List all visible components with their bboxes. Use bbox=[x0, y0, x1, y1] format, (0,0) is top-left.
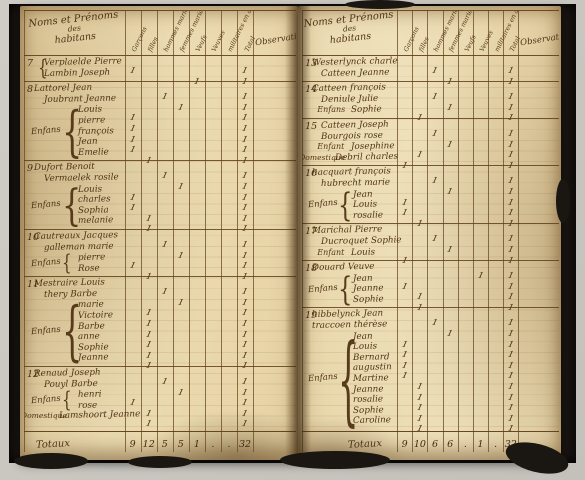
entry-number: 12 bbox=[27, 369, 39, 380]
entry-number: 9 bbox=[27, 163, 33, 174]
totals-value: 32 bbox=[239, 439, 251, 450]
names-cell: DomestiqueLamshoort Jeanne bbox=[24, 411, 125, 430]
person-name: Lamshoort Jeanne bbox=[59, 410, 140, 422]
person-name: Jean bbox=[353, 331, 373, 342]
line-label: Enfans bbox=[317, 105, 345, 116]
register-entry: 14Catteen françois11Deniule Julie11Enfan… bbox=[302, 81, 559, 118]
person-name: Jeanne bbox=[353, 284, 384, 295]
person-name: Lambin Joseph bbox=[44, 67, 110, 79]
tally-mark: 1 bbox=[416, 424, 424, 431]
totals-value: 5 bbox=[178, 439, 184, 450]
tally-cell bbox=[397, 416, 412, 431]
entry-number: 10 bbox=[27, 232, 39, 243]
entry-number: 7 bbox=[27, 58, 33, 69]
tally-cell bbox=[189, 411, 205, 430]
register-line: EnfantLouis11 bbox=[302, 248, 559, 259]
tally-cell bbox=[221, 411, 237, 430]
totals-cell: 6 bbox=[443, 432, 458, 452]
column-header: filles bbox=[146, 36, 160, 53]
person-name: Cautreaux Jacques bbox=[34, 230, 118, 242]
column-header: Veufs bbox=[194, 34, 209, 53]
person-name: pierre bbox=[78, 253, 105, 264]
line-label: Enfant bbox=[317, 248, 344, 259]
totals-cell: 5 bbox=[173, 432, 189, 452]
totals-cell: 9 bbox=[125, 432, 141, 452]
person-name: Louis bbox=[351, 247, 375, 258]
names-column-header: Noms et Prénomsdeshabitans bbox=[302, 10, 398, 49]
person-name: Joubrant Jeanne bbox=[44, 93, 116, 105]
person-name: Catteen Joseph bbox=[321, 120, 389, 132]
tally-cell bbox=[427, 416, 442, 431]
person-name: Louis bbox=[78, 184, 102, 195]
entry-number: 13 bbox=[305, 58, 317, 69]
person-name: Pouyl Barbe bbox=[44, 378, 98, 390]
person-name: Jean bbox=[353, 189, 373, 200]
register-line: Douard Veuve11 bbox=[302, 263, 559, 274]
torn-edge bbox=[14, 453, 88, 469]
register-line: Westerlynck charle11 bbox=[302, 58, 559, 69]
register-line: Mestraire Louis11 bbox=[24, 279, 296, 290]
totals-row: Totaux912551..32 bbox=[24, 431, 296, 452]
totals-value: 1 bbox=[477, 439, 483, 450]
person-name: Barbe bbox=[78, 321, 105, 332]
register-line: hacquart françois11 bbox=[302, 168, 559, 179]
register-entry: 15Catteen Joseph11Bourgois rose11EnfantJ… bbox=[302, 118, 559, 165]
table-header: Noms et PrénomsdeshabitansGarçonsfillesh… bbox=[302, 10, 559, 56]
totals-value: . bbox=[494, 439, 497, 450]
table-body: 7Verplaelde Pierre11Lambin Joseph11{8Lat… bbox=[24, 56, 296, 431]
totals-value: 9 bbox=[402, 439, 408, 450]
torn-edge bbox=[280, 451, 390, 469]
totals-label-cell: Totaux bbox=[24, 432, 125, 452]
person-name: Jeanne bbox=[78, 353, 109, 364]
person-name: Lattorel Jean bbox=[34, 83, 92, 95]
register-entry: 8Lattorel Jean11Joubrant Jeanne11Louis11… bbox=[24, 81, 296, 160]
register-entry: 11Mestraire Louis11thery Barbe11marie11V… bbox=[24, 276, 296, 366]
totals-cell: 12 bbox=[141, 432, 157, 452]
observations-header: Observations bbox=[520, 30, 559, 49]
totals-cell: 6 bbox=[427, 432, 442, 452]
person-name: Emelie bbox=[78, 147, 109, 158]
person-name: Douard Veuve bbox=[311, 262, 374, 274]
table-body: 13Westerlynck charle11Catteen Jeanne1114… bbox=[302, 56, 559, 431]
person-name: Louis bbox=[353, 342, 377, 353]
person-name: Caroline bbox=[353, 416, 391, 427]
register-line: Verplaelde Pierre11 bbox=[24, 58, 296, 69]
totals-value: 5 bbox=[162, 439, 168, 450]
register-page-left: Noms et PrénomsdeshabitansGarçonsfillesh… bbox=[20, 6, 298, 460]
observations-cell bbox=[253, 411, 296, 430]
tally-mark: 1 bbox=[145, 419, 153, 431]
observations-header: Observations bbox=[254, 30, 296, 49]
register-line: Catteen françois11 bbox=[302, 84, 559, 95]
totals-value: . bbox=[211, 439, 214, 450]
register-entry: 18Douard Veuve11Jean11Jeanne11Sophie11{E… bbox=[302, 260, 559, 307]
person-name: melanie bbox=[78, 216, 114, 227]
torn-edge bbox=[128, 456, 192, 468]
register-line: Dufort Benoit11 bbox=[24, 163, 296, 174]
totals-cell: 32 bbox=[237, 432, 253, 452]
register-table-left: Noms et PrénomsdeshabitansGarçonsfillesh… bbox=[24, 10, 296, 452]
totals-label: Totaux bbox=[347, 438, 382, 451]
register-line: Renaud Joseph11 bbox=[24, 369, 296, 380]
person-name: hubrecht marie bbox=[321, 177, 390, 189]
person-name: Renaud Joseph bbox=[34, 368, 101, 380]
totals-value: 1 bbox=[194, 439, 200, 450]
register-entry: 16hacquart françois11hubrecht marie11Jea… bbox=[302, 165, 559, 223]
tally-cell bbox=[473, 416, 488, 431]
register-line: DomestiqueLamshoort Jeanne11 bbox=[24, 411, 296, 422]
person-name: galleman marie bbox=[44, 241, 114, 253]
tally-cell bbox=[173, 411, 189, 430]
person-name: Louis bbox=[353, 200, 377, 211]
entry-number: 16 bbox=[305, 168, 317, 179]
person-name: Jean bbox=[78, 137, 98, 148]
tally-cell bbox=[205, 411, 221, 430]
totals-value: 12 bbox=[143, 439, 155, 450]
totals-value: 9 bbox=[130, 439, 136, 450]
entry-number: 14 bbox=[305, 84, 317, 95]
tally-cell bbox=[443, 416, 458, 431]
person-name: Rose bbox=[78, 263, 100, 274]
person-name: Sophie bbox=[353, 294, 384, 305]
totals-cell: . bbox=[221, 432, 237, 452]
register-line: galleman marie11 bbox=[24, 243, 296, 254]
entry-number: 18 bbox=[305, 263, 317, 274]
line-label: Enfant bbox=[317, 142, 344, 153]
register-table-right: Noms et PrénomsdeshabitansGarçonsfillesh… bbox=[302, 10, 559, 452]
totals-value: 6 bbox=[447, 439, 453, 450]
person-name: françois bbox=[78, 126, 114, 137]
entry-number: 11 bbox=[27, 279, 39, 290]
entry-number: 8 bbox=[27, 84, 33, 95]
scan-background: Noms et PrénomsdeshabitansGarçonsfillesh… bbox=[9, 4, 576, 463]
person-name: Vermaelek rosile bbox=[44, 172, 119, 184]
person-name: Catteen Jeanne bbox=[321, 67, 390, 79]
person-name: Sophie bbox=[351, 105, 382, 116]
column-header: filles bbox=[417, 36, 431, 53]
person-name: traccoen thérèse bbox=[311, 319, 387, 331]
entry-number: 15 bbox=[305, 121, 317, 132]
totals-cell: . bbox=[488, 432, 503, 452]
register-line: Lattorel Jean11 bbox=[24, 84, 296, 95]
table-header: Noms et PrénomsdeshabitansGarçonsfillesh… bbox=[24, 10, 296, 56]
torn-edge bbox=[556, 179, 570, 223]
names-column-header: Noms et Prénomsdeshabitans bbox=[24, 10, 126, 49]
register-entry: 10Cautreaux Jacques11galleman marie11pie… bbox=[24, 229, 296, 276]
register-page-right: Noms et PrénomsdeshabitansGarçonsfillesh… bbox=[298, 6, 561, 460]
totals-value: . bbox=[227, 439, 230, 450]
totals-label-cell: Totaux bbox=[302, 432, 397, 452]
person-name: Verplaelde Pierre bbox=[44, 56, 122, 68]
tally-mark: 1 bbox=[241, 419, 249, 431]
totals-value: . bbox=[464, 439, 467, 450]
person-name: Debril charles bbox=[335, 151, 398, 163]
totals-cell: 10 bbox=[412, 432, 427, 452]
children-label: Enfans bbox=[308, 282, 338, 295]
entry-number: 17 bbox=[305, 226, 317, 237]
totals-label: Totaux bbox=[36, 438, 71, 451]
totals-cell: 1 bbox=[473, 432, 488, 452]
totals-cell: . bbox=[205, 432, 221, 452]
register-line: EnfantJosephine11 bbox=[302, 142, 559, 153]
totals-cell: 9 bbox=[397, 432, 412, 452]
torn-edge bbox=[503, 437, 572, 480]
person-name: Victoire bbox=[78, 310, 113, 321]
tally-mark: 1 bbox=[507, 424, 515, 431]
person-name: anne bbox=[78, 332, 100, 343]
register-entry: 17Marichal Pierre11Ducroquet Sophie11Enf… bbox=[302, 223, 559, 260]
register-entry: 12Renaud Joseph11Pouyl Barbe11henri11ros… bbox=[24, 366, 296, 424]
person-name: Louis bbox=[78, 105, 102, 116]
scanner-frame: Noms et PrénomsdeshabitansGarçonsfillesh… bbox=[0, 0, 585, 480]
tally-cell bbox=[157, 411, 173, 430]
register-entry: 13Westerlynck charle11Catteen Jeanne11 bbox=[302, 56, 559, 81]
person-name: rosalie bbox=[353, 395, 383, 406]
tally-cell bbox=[488, 416, 503, 431]
register-line: DomestiqueDebril charles11 bbox=[302, 153, 559, 164]
totals-value: 6 bbox=[432, 439, 438, 450]
register-entry: 9Dufort Benoit11Vermaelek rosile11Louis1… bbox=[24, 160, 296, 229]
person-name: henri bbox=[78, 390, 102, 401]
register-entry: 19hibbelynck Jean11traccoen thérèse11Jea… bbox=[302, 307, 559, 429]
column-header: Veufs bbox=[462, 34, 477, 53]
register-line: Lambin Joseph11 bbox=[24, 69, 296, 80]
person-name: rosalie bbox=[353, 210, 383, 221]
torn-edge bbox=[345, 0, 415, 9]
totals-cell: 5 bbox=[157, 432, 173, 452]
person-name: Martine bbox=[353, 373, 389, 384]
observations-cell bbox=[518, 416, 559, 431]
person-name: Ducroquet Sophie bbox=[321, 235, 402, 247]
person-name: charles bbox=[78, 194, 111, 205]
person-name: thery Barbe bbox=[44, 289, 97, 301]
totals-cell: 1 bbox=[189, 432, 205, 452]
entry-number: 19 bbox=[305, 310, 317, 321]
children-label: Enfans bbox=[30, 256, 60, 269]
person-name: Bourgois rose bbox=[321, 130, 383, 142]
totals-cell: . bbox=[458, 432, 473, 452]
register-line: EnfansSophie11 bbox=[302, 105, 559, 116]
person-name: marie bbox=[78, 300, 104, 311]
register-line: Marichal Pierre11 bbox=[302, 226, 559, 237]
register-line: Cautreaux Jacques11 bbox=[24, 232, 296, 243]
register-line: Catteen Joseph11 bbox=[302, 121, 559, 132]
person-name: pierre bbox=[78, 115, 105, 126]
register-spread: Noms et PrénomsdeshabitansGarçonsfillesh… bbox=[20, 6, 561, 460]
totals-value: 10 bbox=[414, 439, 426, 450]
register-entry: 7Verplaelde Pierre11Lambin Joseph11{ bbox=[24, 56, 296, 81]
tally-cell bbox=[458, 416, 473, 431]
